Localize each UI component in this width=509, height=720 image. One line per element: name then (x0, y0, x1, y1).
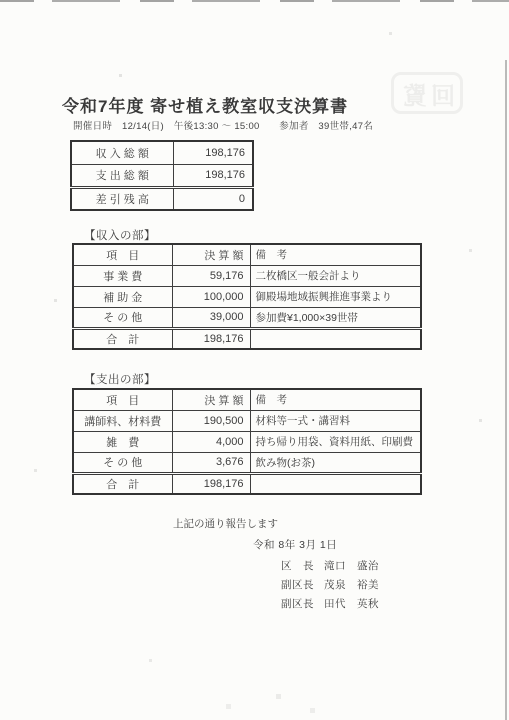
expense-header-note: 備 考 (250, 389, 421, 410)
table-total-row: 合 計 198,176 (73, 328, 421, 349)
expense-row-note: 持ち帰り用袋、資料用紙、印刷費 (250, 431, 421, 452)
table-row: 補 助 金 100,000 御殿場地域振興推進事業より (73, 286, 421, 307)
income-row-amount: 59,176 (172, 265, 250, 286)
income-table: 項 目 決 算 額 備 考 事 業 費 59,176 二枚橋区一般会計より 補 … (72, 243, 422, 350)
scan-artifact-top-line (0, 0, 509, 2)
expense-table: 項 目 決 算 額 備 考 講師料、材料費 190,500 材料等一式・講習料 … (72, 388, 422, 495)
signer-line: 副区長茂泉 裕美 (281, 577, 379, 592)
expense-header-item: 項 目 (73, 389, 172, 410)
scan-artifact-right-line (505, 60, 507, 720)
expense-row-amount: 190,500 (172, 410, 250, 431)
summary-totals-table: 収 入 総 額 198,176 支 出 総 額 198,176 差 引 残 高 … (70, 140, 254, 211)
income-row-note: 二枚橋区一般会計より (250, 265, 421, 286)
table-row: 収 入 総 額 198,176 (71, 141, 253, 164)
table-row: 雑 費 4,000 持ち帰り用袋、資料用紙、印刷費 (73, 431, 421, 452)
bleedthrough-stamp: 回覧 (391, 72, 463, 114)
income-row-item: 補 助 金 (73, 286, 172, 307)
summary-expense-label: 支 出 総 額 (71, 164, 173, 187)
table-row: 支 出 総 額 198,176 (71, 164, 253, 187)
expense-row-note: 材料等一式・講習料 (250, 410, 421, 431)
signer-name: 田代 英秋 (324, 598, 379, 610)
summary-income-value: 198,176 (173, 141, 253, 164)
income-total-label: 合 計 (73, 328, 172, 349)
income-header-item: 項 目 (73, 244, 172, 265)
expense-row-item: そ の 他 (73, 452, 172, 473)
signer-line: 副区長田代 英秋 (281, 596, 379, 611)
table-total-row: 合 計 198,176 (73, 473, 421, 494)
scan-noise-speckles (0, 0, 1, 1)
table-header-row: 項 目 決 算 額 備 考 (73, 244, 421, 265)
signer-name: 茂泉 裕美 (324, 579, 379, 591)
income-total-amount: 198,176 (172, 328, 250, 349)
signer-role: 副区長 (281, 598, 314, 610)
signer-role: 区 長 (281, 560, 314, 572)
expense-row-amount: 4,000 (172, 431, 250, 452)
expense-row-amount: 3,676 (172, 452, 250, 473)
expense-total-label: 合 計 (73, 473, 172, 494)
expense-section-title: 【支出の部】 (84, 371, 156, 387)
signer-name: 滝口 盛治 (324, 560, 379, 572)
expense-row-item: 講師料、材料費 (73, 410, 172, 431)
event-meta-line: 開催日時 12/14(日) 午後13:30 ～ 15:00 参加者 39世帯,4… (73, 118, 373, 132)
expense-header-amount: 決 算 額 (172, 389, 250, 410)
summary-balance-label: 差 引 残 高 (71, 187, 173, 210)
summary-income-label: 収 入 総 額 (71, 141, 173, 164)
income-row-item: そ の 他 (73, 307, 172, 328)
signer-line: 区 長滝口 盛治 (281, 558, 379, 573)
expense-row-item: 雑 費 (73, 431, 172, 452)
income-row-note: 御殿場地域振興推進事業より (250, 286, 421, 307)
expense-total-amount: 198,176 (172, 473, 250, 494)
income-header-amount: 決 算 額 (172, 244, 250, 265)
income-header-note: 備 考 (250, 244, 421, 265)
expense-total-note (250, 473, 421, 494)
income-row-amount: 39,000 (172, 307, 250, 328)
report-date: 令和 8年 3月 1日 (253, 537, 337, 552)
summary-balance-value: 0 (173, 187, 253, 210)
expense-row-note: 飲み物(お茶) (250, 452, 421, 473)
income-row-amount: 100,000 (172, 286, 250, 307)
summary-expense-value: 198,176 (173, 164, 253, 187)
table-row: そ の 他 39,000 参加費¥1,000×39世帯 (73, 307, 421, 328)
income-row-item: 事 業 費 (73, 265, 172, 286)
table-row: 差 引 残 高 0 (71, 187, 253, 210)
table-header-row: 項 目 決 算 額 備 考 (73, 389, 421, 410)
table-row: 講師料、材料費 190,500 材料等一式・講習料 (73, 410, 421, 431)
report-statement: 上記の通り報告します (173, 516, 278, 531)
signer-role: 副区長 (281, 579, 314, 591)
document-title: 令和7年度 寄せ植え教室収支決算書 (62, 92, 348, 117)
income-total-note (250, 328, 421, 349)
table-row: そ の 他 3,676 飲み物(お茶) (73, 452, 421, 473)
income-section-title: 【収入の部】 (84, 227, 156, 243)
income-row-note: 参加費¥1,000×39世帯 (250, 307, 421, 328)
scanned-document-page: 回覧 令和7年度 寄せ植え教室収支決算書 開催日時 12/14(日) 午後13:… (0, 0, 509, 720)
table-row: 事 業 費 59,176 二枚橋区一般会計より (73, 265, 421, 286)
